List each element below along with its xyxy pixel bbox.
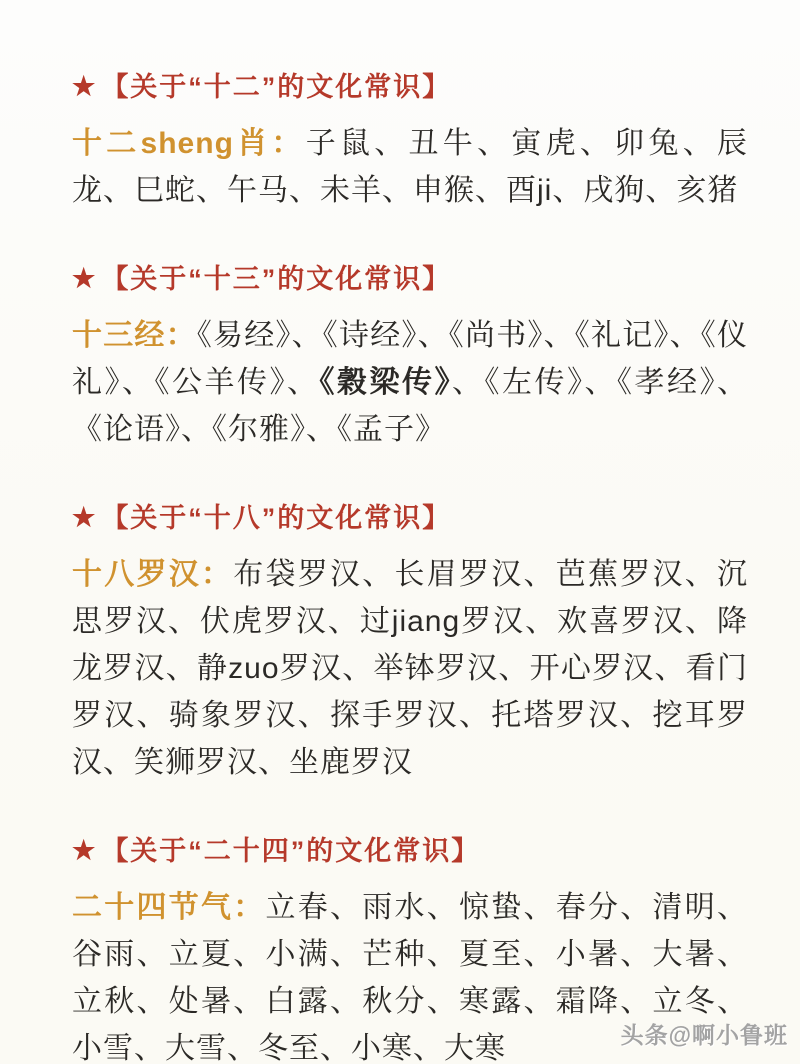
section-header-text: 【关于“十二”的文化常识】: [101, 72, 451, 102]
section-twelve: ★【关于“十二”的文化常识】 十二sheng肖：子鼠、丑牛、寅虎、卯兔、辰龙、巳…: [72, 70, 748, 214]
culture-knowledge-card: ★【关于“十二”的文化常识】 十二sheng肖：子鼠、丑牛、寅虎、卯兔、辰龙、巳…: [0, 0, 800, 1064]
section-header: ★【关于“十八”的文化常识】: [72, 501, 748, 535]
section-header-text: 【关于“十八”的文化常识】: [101, 503, 451, 533]
star-icon: ★: [72, 261, 97, 295]
star-icon: ★: [72, 69, 97, 103]
section-body: 十八罗汉：布袋罗汉、长眉罗汉、芭蕉罗汉、沉思罗汉、伏虎罗汉、过jiang罗汉、欢…: [72, 551, 748, 786]
star-icon: ★: [72, 500, 97, 534]
section-body-text-bold: 《穀梁传》: [320, 366, 453, 399]
section-lead: 十三经：: [72, 319, 197, 352]
section-lead: 十二sheng肖：: [72, 127, 306, 160]
section-header-text: 【关于“十三”的文化常识】: [101, 264, 451, 294]
section-thirteen: ★【关于“十三”的文化常识】 十三经：《易经》、《诗经》、《尚书》、《礼记》、《…: [72, 262, 748, 453]
section-lead: 十八罗汉：: [72, 558, 233, 591]
star-icon: ★: [72, 833, 97, 867]
section-body: 十三经：《易经》、《诗经》、《尚书》、《礼记》、《仪礼》、《公羊传》、《穀梁传》…: [72, 312, 748, 453]
section-header: ★【关于“十二”的文化常识】: [72, 70, 748, 104]
section-header: ★【关于“十三”的文化常识】: [72, 262, 748, 296]
section-body-text: 布袋罗汉、长眉罗汉、芭蕉罗汉、沉思罗汉、伏虎罗汉、过jiang罗汉、欢喜罗汉、降…: [72, 558, 748, 779]
section-lead: 二十四节气：: [72, 891, 266, 924]
section-header: ★【关于“二十四”的文化常识】: [72, 834, 748, 868]
section-body: 十二sheng肖：子鼠、丑牛、寅虎、卯兔、辰龙、巳蛇、午马、未羊、申猴、酉ji、…: [72, 120, 748, 214]
section-header-text: 【关于“二十四”的文化常识】: [101, 836, 480, 866]
watermark: 头条@啊小鲁班: [621, 1017, 788, 1050]
section-eighteen: ★【关于“十八”的文化常识】 十八罗汉：布袋罗汉、长眉罗汉、芭蕉罗汉、沉思罗汉、…: [72, 501, 748, 786]
